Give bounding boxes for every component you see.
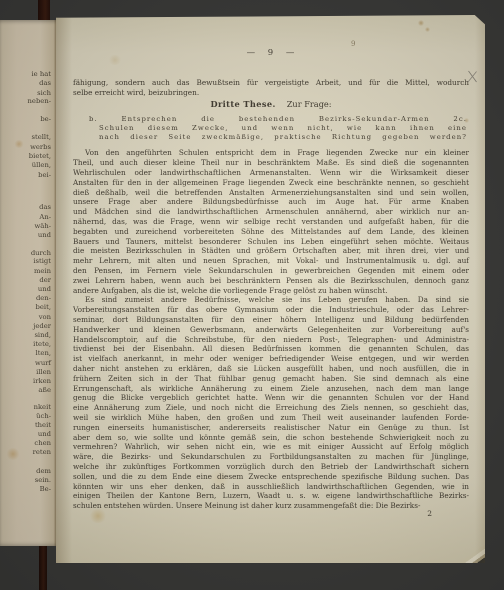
- text-line: Anstalten für den in der allgemeinen Fra…: [73, 178, 469, 188]
- question-block: b. Entsprechen die bestehenden Bezirks-S…: [99, 115, 467, 143]
- text-line: zwei Lehrern haben, wenn auch bei beschr…: [73, 276, 469, 286]
- book-spine-edge-top: [38, 0, 50, 21]
- prev-page-text-fragment: An-: [39, 213, 51, 221]
- text-line: Es sind zumeist andere Bedürfnisse, welc…: [73, 295, 469, 305]
- text-line: weil sie wirklich Mühe haben, den großen…: [73, 413, 469, 423]
- prev-page-text-fragment: werbs: [30, 143, 51, 151]
- text-line: Bauers und Tauners, mittelst besonderer …: [73, 237, 469, 247]
- text-line: frühern Zeiten sich in der That fühlbar …: [73, 374, 469, 384]
- prev-page-text-fragment: irken: [33, 377, 51, 385]
- heading-subtitle: Zur Frage:: [287, 99, 332, 110]
- text-line: fähigung, sondern auch das Bewußtsein fü…: [73, 78, 469, 88]
- body-paragraph-1: Von den angeführten Schulen entspricht d…: [73, 148, 469, 295]
- text-line: dieß deßhalb, weil die betreffenden Anst…: [73, 188, 469, 198]
- text-line: Handwerker und kleinen Gewerbsmann, ande…: [73, 325, 469, 335]
- prev-page-text-fragment: das: [39, 203, 51, 211]
- foxing-stain: [6, 448, 20, 460]
- text-line: ist vielfach anerkannt, in mehr oder wen…: [73, 354, 469, 364]
- prev-page-text-fragment: von: [39, 313, 51, 321]
- prev-page-text-fragment: durch: [31, 249, 51, 257]
- text-line: mehr Lehrern, mit alten und neuen Sprach…: [73, 256, 469, 266]
- prev-page-text-fragment: wurf: [35, 359, 51, 367]
- prev-page-text-fragment: aße: [38, 386, 51, 394]
- text-line: vermehren? Wahrlich, wir sehen nicht ein…: [73, 442, 469, 452]
- prev-page-text-fragment: istigt: [33, 257, 51, 265]
- prev-page-text-fragment: jeder: [33, 322, 51, 330]
- text-line: die meisten Bezirksschulen in Städten un…: [73, 246, 469, 256]
- book-photo-stage: ie hatdassichneben-be-stellt,werbsbietet…: [0, 0, 504, 590]
- book-spine-edge-bottom: [39, 545, 47, 590]
- text-line: wäre, die Bezirks- und Sekundarschulen z…: [73, 452, 469, 462]
- prev-page-text-fragment: ie hat: [31, 70, 51, 78]
- prev-page-text-fragment: üch-: [36, 412, 51, 420]
- text-line: andere Aufgaben, als die ist, welche die…: [73, 286, 469, 296]
- prev-page-text-fragment: und: [38, 430, 51, 438]
- prev-page-text-fragment: be-: [40, 115, 51, 123]
- text-line: selbe erreicht wird, beizubringen.: [73, 88, 469, 98]
- prev-page-text-fragment: stellt,: [32, 133, 51, 141]
- prev-page-text-fragment: neben-: [28, 97, 51, 105]
- text-line: b. Entsprechen die bestehenden Bezirks-S…: [99, 115, 467, 124]
- prev-page-text-fragment: lten,: [36, 349, 51, 357]
- prev-page-text-fragment: den-: [36, 294, 51, 302]
- page-content: — 9 — fähigung, sondern auch das Bewußts…: [73, 15, 469, 518]
- book-page: 9 — 9 — fähigung, sondern auch das Bewuß…: [56, 15, 485, 563]
- prev-page-text-fragment: mein: [34, 267, 51, 275]
- text-line: aber dem so, wie sollte und könnte gemäß…: [73, 433, 469, 443]
- prev-page-text-fragment: und: [38, 231, 51, 239]
- text-line: Von den angeführten Schulen entspricht d…: [73, 148, 469, 158]
- foxing-stain: [14, 140, 24, 148]
- text-line: Wehrlischulen oder landwirthschaftlichen…: [73, 168, 469, 178]
- text-line: könnten wir uns eher denken, daß in auss…: [73, 482, 469, 492]
- prev-page-text-fragment: Be-: [40, 485, 51, 493]
- previous-page-edge: ie hatdassichneben-be-stellt,werbsbietet…: [0, 20, 56, 546]
- prev-page-text-fragment: das: [39, 79, 51, 87]
- text-line: genug die Blicke vergeblich gerichtet ha…: [73, 393, 469, 403]
- text-line: unsere Frage aber andere Bildungsbedürfn…: [73, 197, 469, 207]
- text-line: eine Annäherung zum Ziele, und noch nich…: [73, 403, 469, 413]
- prev-page-text-fragment: bei-: [38, 171, 51, 179]
- text-line: einigen Theilen der Kantone Bern, Luzern…: [73, 491, 469, 501]
- prev-page-text-fragment: theit: [35, 421, 51, 429]
- prev-page-text-fragment: üllen,: [32, 161, 51, 169]
- prev-page-text-fragment: bietet,: [29, 152, 51, 160]
- prev-page-text-fragment: sich: [37, 89, 51, 97]
- text-line: begabten und zureichend vorbereiteten Sö…: [73, 227, 469, 237]
- text-line: nähernd, das, was die Frage, wenn wir se…: [73, 217, 469, 227]
- text-line: seminar, dort Bildungsanstalten für den …: [73, 315, 469, 325]
- prev-page-text-fragment: sein.: [35, 476, 51, 484]
- prev-page-text-fragment: chen: [34, 439, 51, 447]
- page-corner-fold: [460, 545, 485, 563]
- prev-page-text-fragment: illen: [36, 368, 51, 376]
- prev-page-text-fragment: der: [39, 276, 51, 284]
- text-line: Vorbereitungsanstalten für das obere Gym…: [73, 305, 469, 315]
- body-paragraph-2: Es sind zumeist andere Bedürfnisse, welc…: [73, 295, 469, 511]
- text-line: den Pensen, im Fernern viele Sekundarsch…: [73, 266, 469, 276]
- text-line: daher nicht anstehen zu erklären, daß si…: [73, 364, 469, 374]
- heading-title: Dritte These.: [210, 99, 275, 110]
- prev-page-text-fragment: sind,: [34, 331, 51, 339]
- text-line: nach dieser Seite zweckmäßige, praktisch…: [99, 133, 467, 142]
- text-line: welche ihr zukünftiges Fortkommen vorzüg…: [73, 462, 469, 472]
- text-line: Handelscomptoir, auf die Schreibstube, f…: [73, 335, 469, 345]
- text-line: sollen, und die zu dem Ende eine diesem …: [73, 472, 469, 482]
- text-line: und Mädchen sind die landwirthschaftlich…: [73, 207, 469, 217]
- page-number: — 9 —: [73, 48, 469, 58]
- prev-page-text-fragment: beit,: [36, 303, 51, 311]
- prev-page-text-fragment: itete,: [33, 340, 51, 348]
- prev-page-text-fragment: nkeit: [34, 403, 51, 411]
- prev-page-text-fragment: und: [38, 285, 51, 293]
- text-line: Schulen diesem Zwecke, und wenn nicht, w…: [99, 124, 467, 133]
- prev-page-text-fragment: wäh-: [34, 222, 51, 230]
- prev-page-text-fragment: dem: [36, 467, 51, 475]
- section-heading: Dritte These. Zur Frage:: [73, 99, 469, 110]
- prev-page-text-fragment: reten: [33, 448, 51, 456]
- text-line: Errungenschaft, als wirkliche Annäherung…: [73, 384, 469, 394]
- text-line: schulen entstehen würden. Unsere Meinung…: [73, 501, 469, 511]
- text-line: rungen einerseits humanistischer, andere…: [73, 423, 469, 433]
- intro-paragraph: fähigung, sondern auch das Bewußtsein fü…: [73, 78, 469, 98]
- text-line: Theil, und auch dieser kleine Theil nur …: [73, 158, 469, 168]
- text-line: tivdienst bei der Eisenbahn. All diesen …: [73, 344, 469, 354]
